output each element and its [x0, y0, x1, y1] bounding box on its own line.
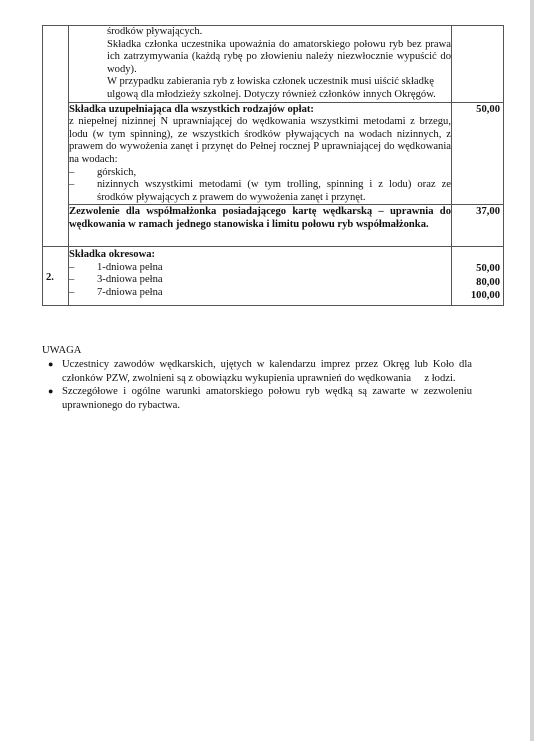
notes-title: UWAGA [42, 344, 472, 357]
supplementary-list: górskich, nizinnych wszystkimi metodami … [69, 167, 451, 205]
notes-list: ● Uczestnicy zawodów wędkarskich, ujętyc… [42, 358, 472, 412]
supplementary-title: Składka uzupełniająca dla wszystkich rod… [69, 104, 451, 117]
table-row-supplementary: Składka uzupełniająca dla wszystkich rod… [43, 102, 504, 205]
list-item: 1-dniowa pełna [69, 262, 451, 275]
note-text: Uczestnicy zawodów wędkarskich, ujętych … [62, 358, 472, 385]
row-number-cell: 2. [43, 246, 69, 305]
price-value: 50,00 [452, 262, 500, 276]
table-row-spouse: Zezwolenie dla współmałżonka posiadające… [43, 205, 504, 247]
note-text: Szczegółowe i ogólne warunki amatorskieg… [62, 385, 472, 412]
bullet-icon: ● [48, 358, 53, 371]
list-item: ● Szczegółowe i ogólne warunki amatorski… [42, 385, 472, 412]
price-value: 100,00 [452, 289, 500, 303]
continued-line-1: środków pływających. [69, 26, 451, 39]
price-value: 80,00 [452, 276, 500, 290]
table-row-continued: środków pływających. Składka członka ucz… [43, 26, 504, 103]
notes-section: UWAGA ● Uczestnicy zawodów wędkarskich, … [42, 344, 472, 412]
periodic-title: Składka okresowa: [69, 249, 451, 262]
continued-line-3: W przypadku zabierania ryb z łowiska czł… [69, 76, 451, 101]
description-cell: Składka uzupełniająca dla wszystkich rod… [69, 102, 452, 205]
table-row-periodic: 2. Składka okresowa: 1-dniowa pełna 3-dn… [43, 246, 504, 305]
list-item: ● Uczestnicy zawodów wędkarskich, ujętyc… [42, 358, 472, 385]
list-item: 7-dniowa pełna [69, 287, 451, 300]
periodic-prices: 50,00 80,00 100,00 [452, 262, 500, 303]
description-cell: Składka okresowa: 1-dniowa pełna 3-dniow… [69, 246, 452, 305]
price-cell [452, 26, 504, 103]
periodic-list: 1-dniowa pełna 3-dniowa pełna 7-dniowa p… [69, 262, 451, 300]
list-item: 3-dniowa pełna [69, 274, 451, 287]
list-item: górskich, [69, 167, 451, 180]
bullet-icon: ● [48, 385, 53, 398]
supplementary-body: z niepełnej nizinnej N uprawniającej do … [69, 116, 451, 166]
price-cell: 37,00 [452, 205, 504, 247]
price-cell: 50,00 [452, 102, 504, 205]
fee-table: środków pływających. Składka członka ucz… [42, 25, 504, 306]
page-gutter [530, 0, 534, 741]
row-number-cell [43, 26, 69, 247]
price-cell: 50,00 80,00 100,00 [452, 246, 504, 305]
list-item: nizinnych wszystkimi metodami (w tym tro… [69, 179, 451, 204]
continued-line-2: Składka członka uczestnika upoważnia do … [69, 39, 451, 77]
description-cell: Zezwolenie dla współmałżonka posiadające… [69, 205, 452, 247]
description-cell: środków pływających. Składka członka ucz… [69, 26, 452, 103]
